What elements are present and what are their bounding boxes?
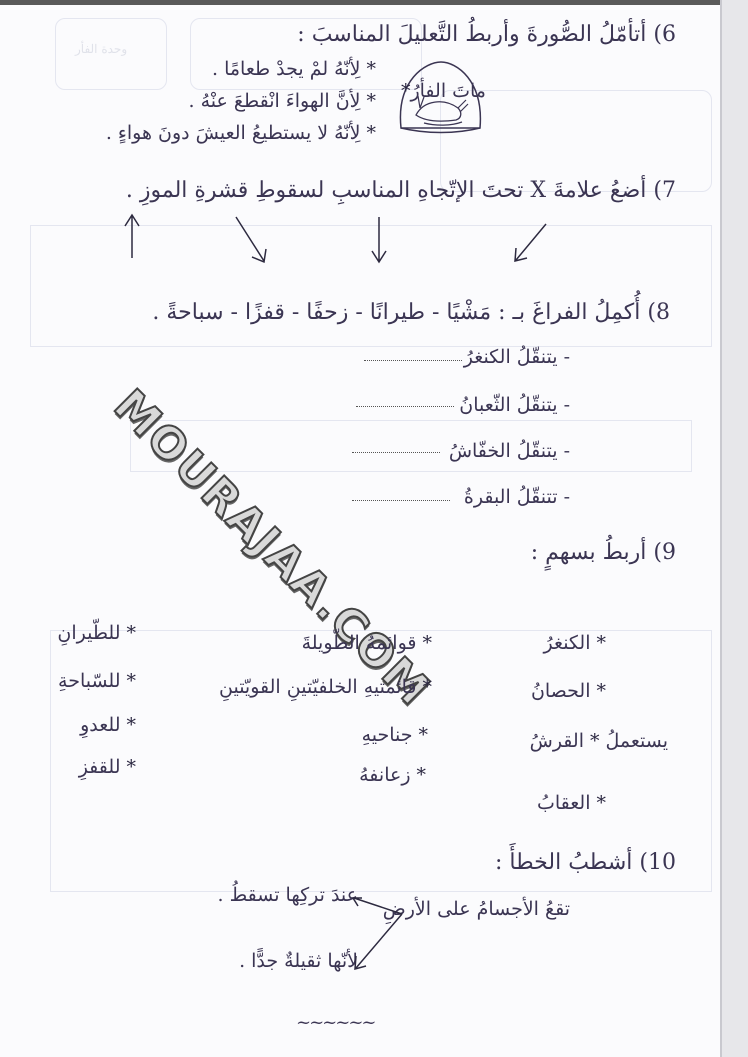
purpose-item[interactable]: *للقفزِ [79, 756, 136, 778]
arrow-down-left-icon[interactable] [510, 222, 550, 264]
bullet-star-icon: * [367, 58, 377, 80]
exercise-number: 8) [647, 300, 670, 325]
exercise-number: 6) [653, 22, 676, 47]
exercise-10-statement: تقعُ الأجسامُ على الأرضِ [383, 898, 570, 920]
organ-item[interactable]: *جناحيهِ [362, 724, 428, 746]
bullet-star-icon: * [367, 90, 377, 112]
bleed-through-label: وحدة الفأر [75, 42, 127, 56]
fill-item: - تتنقّلُ البقرةُ [464, 486, 570, 508]
exercise-9-title: 9) أربطُ بسهمٍ : [531, 540, 676, 565]
bullet-star-icon: * [127, 756, 137, 778]
organ-item[interactable]: *قوائمهُ الطّويلةَ [302, 632, 432, 654]
exercise-number: 7) [653, 178, 676, 203]
exercise-10-title: 10) أشطبُ الخطأَ : [495, 850, 676, 875]
bullet-star-icon: * [417, 764, 427, 786]
animal-item[interactable]: *الكنغرُ [544, 632, 606, 654]
answer-blank[interactable] [352, 452, 440, 453]
verb-label: يستعملُ [605, 730, 668, 752]
answer-blank[interactable] [352, 500, 450, 501]
arrow-up-icon[interactable] [122, 212, 142, 260]
end-squiggle: ~~~~~~ [296, 1012, 375, 1033]
bullet-star-icon: * [590, 730, 600, 752]
exercise-6-reason: *لِأنّهُ لمْ يجدْ طعامًا . [212, 58, 376, 80]
scan-right-edge [720, 0, 748, 1057]
organ-item[interactable]: *قائمتيهِ الخلفيّتينِ القويّتينِ [219, 676, 432, 698]
branch-arrows-icon [348, 896, 408, 972]
bullet-star-icon: * [597, 680, 607, 702]
exercise-number: 10) [639, 850, 676, 875]
animal-item[interactable]: *الحصانُ [531, 680, 606, 702]
fill-item: - يتنقّلُ الكنغرُ [464, 346, 570, 368]
purpose-item[interactable]: *للطّيرانِ [57, 622, 136, 644]
arrow-down-icon[interactable] [369, 215, 389, 265]
scan-top-edge [0, 0, 748, 5]
exercise-8-title: 8) أُكمِلُ الفراغَ بـ : مَشْيًا - طيرانً… [152, 300, 670, 325]
exercise-10-option[interactable]: لأنّها ثقيلةٌ جدًّا . [239, 950, 358, 972]
bullet-star-icon: * [423, 676, 433, 698]
animal-item[interactable]: *العقابُ [537, 792, 606, 814]
bullet-star-icon: * [127, 714, 137, 736]
answer-blank[interactable] [364, 360, 462, 361]
exercise-6-statement: ماتَ الفأرُ* [395, 80, 486, 102]
bullet-star-icon: * [597, 792, 607, 814]
bullet-star-icon: * [597, 632, 607, 654]
exercise-6-title: 6) أتأمّلُ الصُّورةَ وأربطُ التَّعليلَ ا… [297, 22, 676, 47]
answer-blank[interactable] [356, 406, 454, 407]
exercise-6-reason: *لِأنّهُ لا يستطيعُ العيشَ دونَ هواءٍ . [106, 122, 376, 144]
bullet-star-icon: * [367, 122, 377, 144]
exercise-7-title: 7) أضعُ علامةَ X تحتَ الإتّجاهِ المناسبِ… [126, 178, 676, 203]
exercise-number: 9) [653, 540, 676, 565]
exercise-10-option[interactable]: عندَ تركِها تسقطُ . [218, 884, 358, 906]
arrow-down-right-icon[interactable] [232, 215, 272, 265]
bullet-star-icon: * [127, 622, 137, 644]
purpose-item[interactable]: *للعدوِ [80, 714, 136, 736]
bullet-star-icon: * [127, 670, 137, 692]
organ-item[interactable]: *زعانفهُ [359, 764, 426, 786]
animal-item[interactable]: يستعملُ*القرشُ [530, 730, 668, 752]
bullet-star-icon: * [419, 724, 429, 746]
bullet-star-icon: * [423, 632, 433, 654]
exercise-6-reason: *لِأنَّ الهواءَ انْقطعَ عنْهُ . [189, 90, 376, 112]
fill-item: - يتنقّلُ الثّعبانُ [459, 394, 570, 416]
fill-item: - يتنقّلُ الخفّاشُ [449, 440, 570, 462]
purpose-item[interactable]: *للسّباحةِ [58, 670, 136, 692]
